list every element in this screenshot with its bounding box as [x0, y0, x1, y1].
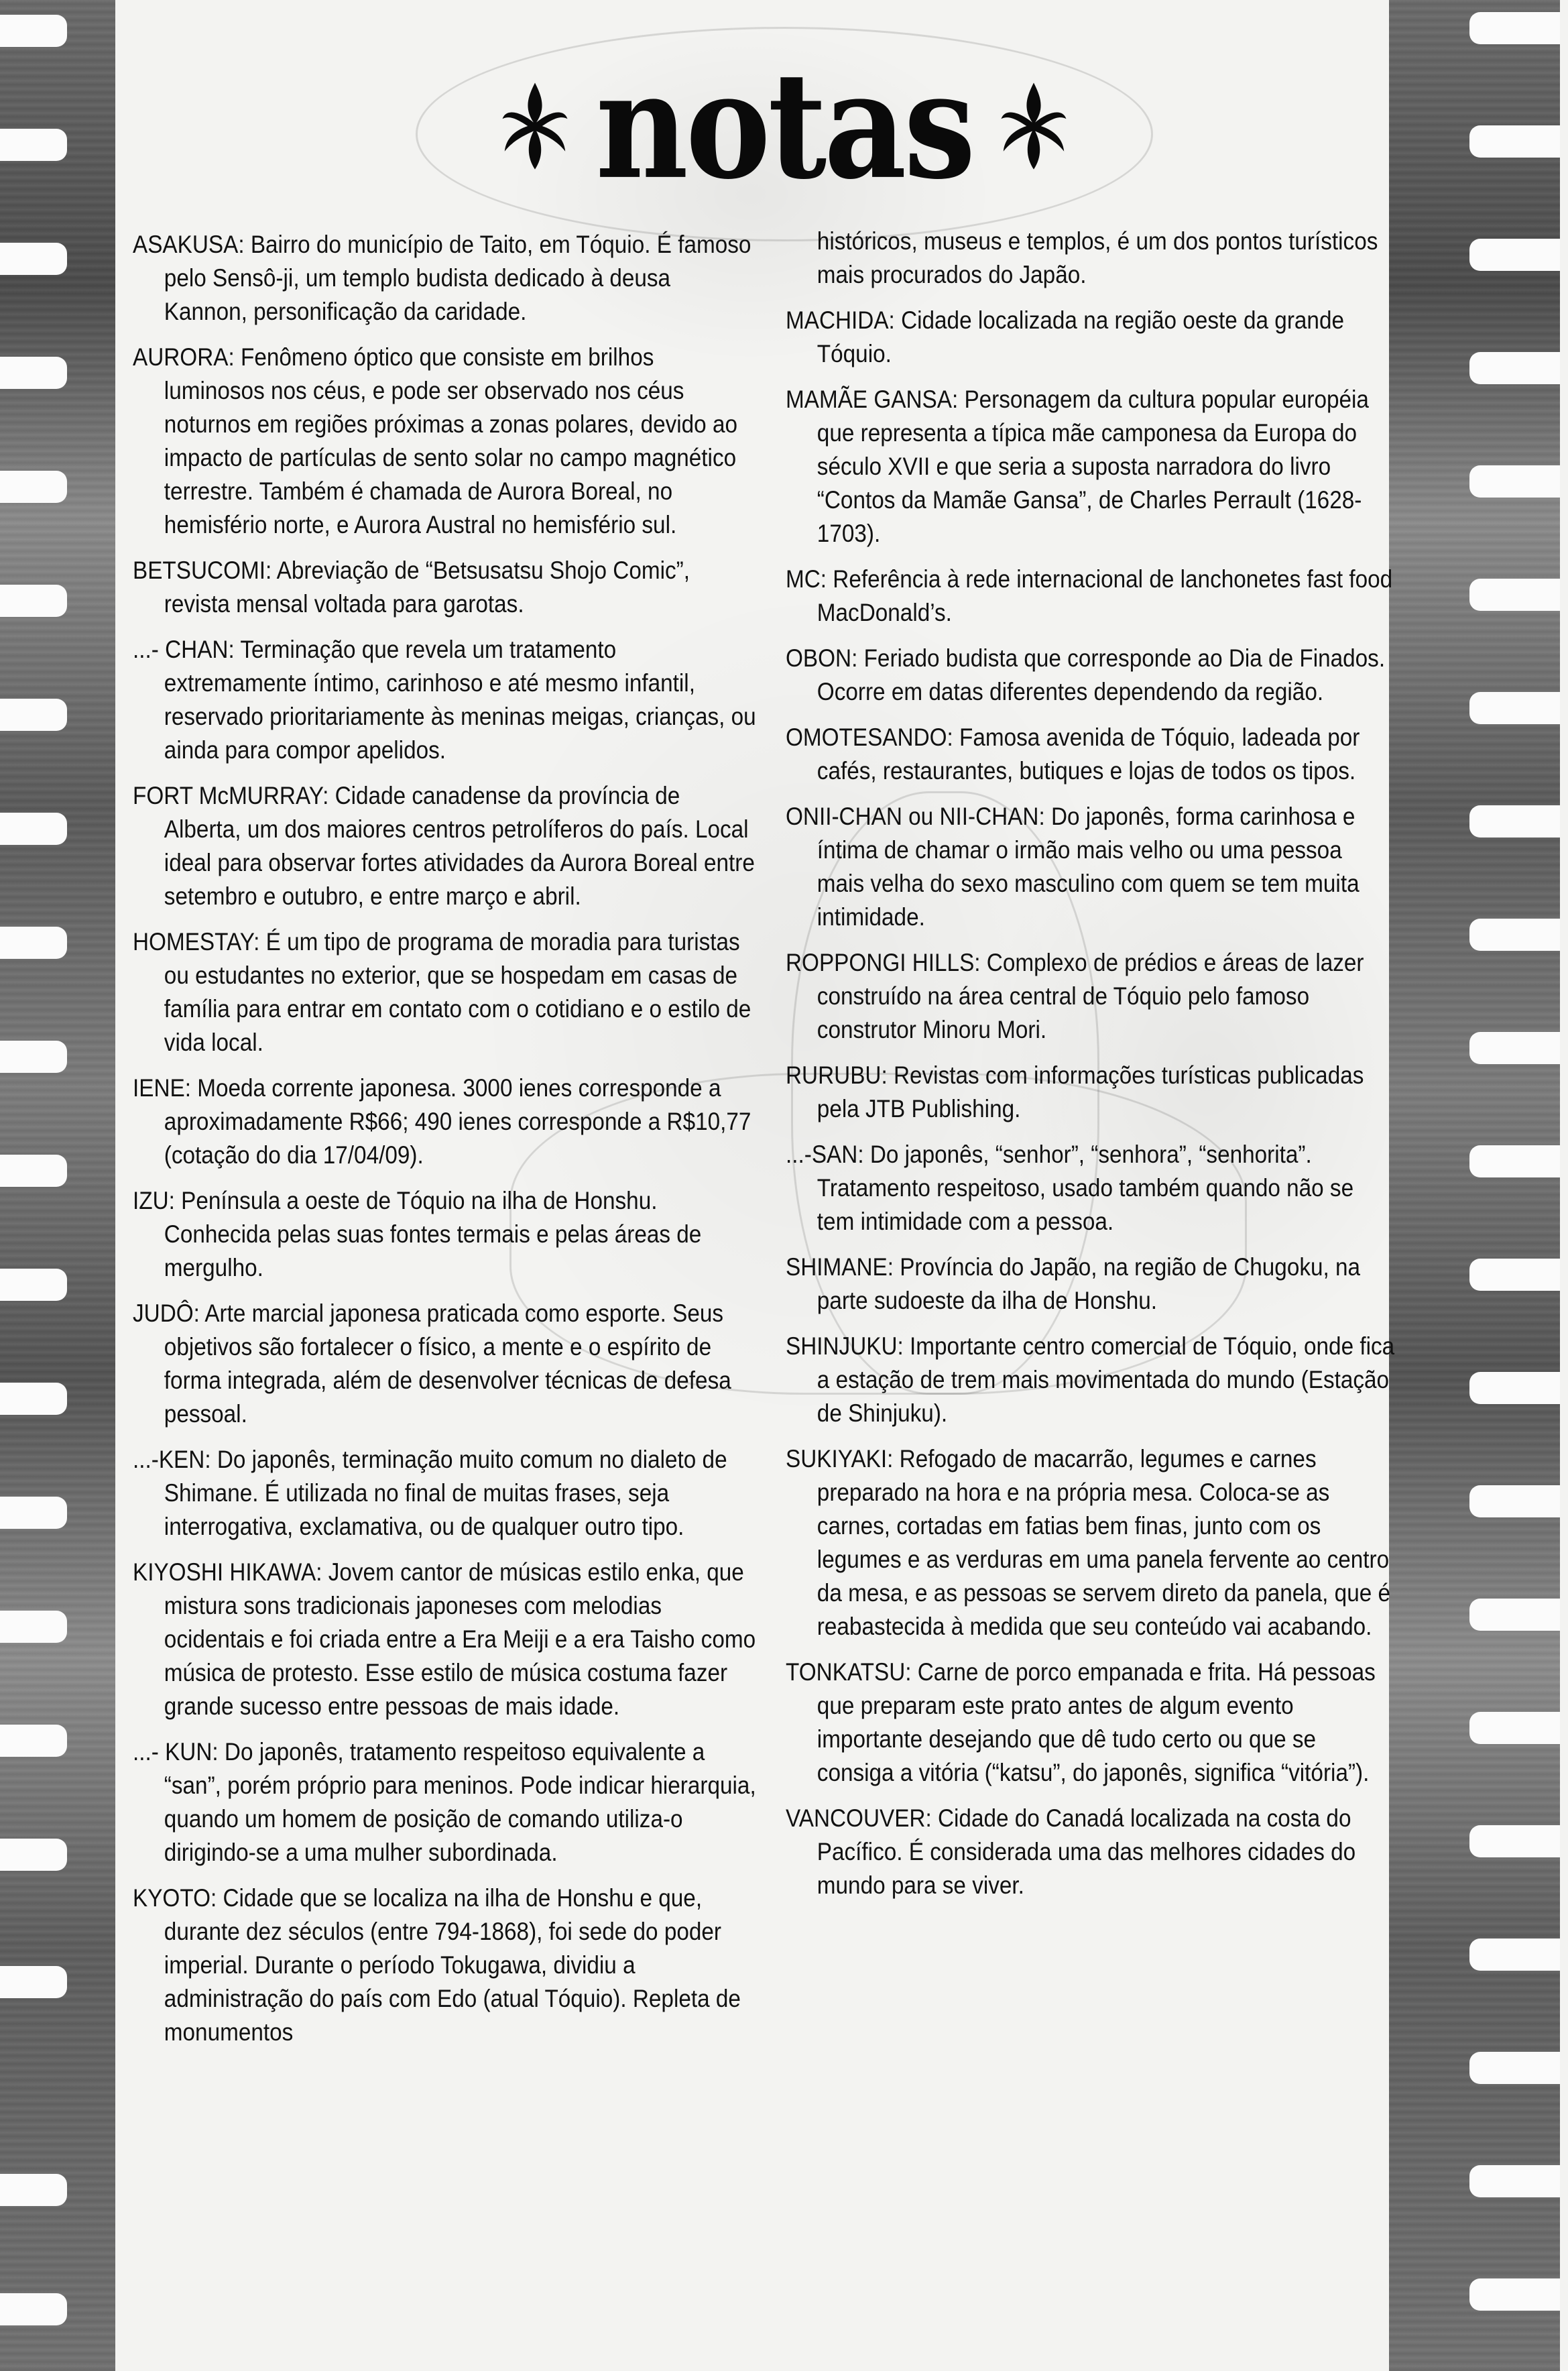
glossary-entry: JUDÔ: Arte marcial japonesa praticada co…	[133, 1297, 758, 1431]
glossary-entry: RURUBU: Revistas com informações turísti…	[786, 1059, 1395, 1126]
sprocket-hole	[0, 1269, 67, 1301]
sprocket-hole	[0, 927, 67, 959]
sprocket-hole	[1469, 1939, 1563, 1971]
glossary-entry: SHIMANE: Província do Japão, na região d…	[786, 1251, 1395, 1318]
entry-term: IENE:	[133, 1074, 191, 1102]
sprocket-hole	[1469, 1712, 1563, 1744]
glossary-entry-continuation: históricos, museus e templos, é um dos p…	[786, 225, 1395, 292]
sprocket-hole	[1469, 125, 1563, 158]
sprocket-hole	[0, 2293, 67, 2325]
entry-definition: históricos, museus e templos, é um dos p…	[817, 227, 1378, 288]
glossary-entry: ONII-CHAN ou NII-CHAN: Do japonês, forma…	[786, 800, 1395, 934]
sprocket-hole	[1469, 2052, 1563, 2084]
sprocket-hole	[0, 585, 67, 617]
sprocket-hole	[0, 1611, 67, 1643]
sprocket-hole	[1469, 1032, 1563, 1064]
sprocket-hole	[1469, 239, 1563, 271]
fleur-ornament-icon	[997, 79, 1071, 173]
entry-definition: Península a oeste de Tóquio na ilha de H…	[164, 1187, 702, 1281]
glossary-entry: ...-KEN: Do japonês, terminação muito co…	[133, 1443, 758, 1544]
entry-term: RURUBU:	[786, 1061, 888, 1089]
glossary-column-left: ASAKUSA: Bairro do município de Taito, e…	[133, 228, 758, 2061]
entry-term: JUDÔ:	[133, 1299, 200, 1327]
glossary-entry: TONKATSU: Carne de porco empanada e frit…	[786, 1656, 1395, 1790]
fleur-ornament-icon	[498, 79, 572, 173]
glossary-entry: KYOTO: Cidade que se localiza na ilha de…	[133, 1882, 758, 2049]
entry-definition: Cidade localizada na região oeste da gra…	[817, 306, 1344, 367]
sprocket-hole	[0, 129, 67, 161]
glossary-entry: IENE: Moeda corrente japonesa. 3000 iene…	[133, 1072, 758, 1172]
sprocket-hole	[0, 357, 67, 389]
entry-term: SHIMANE:	[786, 1253, 894, 1281]
glossary-entry: HOMESTAY: É um tipo de programa de morad…	[133, 925, 758, 1059]
sprocket-hole	[1469, 1599, 1563, 1631]
sprocket-hole	[0, 813, 67, 845]
film-strip-right	[1389, 0, 1568, 2371]
sprocket-hole	[0, 1383, 67, 1415]
entry-term: ONII-CHAN ou NII-CHAN:	[786, 803, 1045, 830]
entry-term: KIYOSHI HIKAWA:	[133, 1558, 322, 1586]
entry-term: ROPPONGI HILLS:	[786, 949, 981, 976]
sprocket-hole	[1469, 805, 1563, 837]
sprocket-hole	[1469, 2165, 1563, 2197]
glossary-entry: VANCOUVER: Cidade do Canadá localizada n…	[786, 1802, 1395, 1902]
sprocket-hole	[1469, 2278, 1563, 2311]
sprocket-hole	[1469, 12, 1563, 44]
entry-definition: Refogado de macarrão, legumes e carnes p…	[817, 1445, 1390, 1640]
glossary-entry: MAMÃE GANSA: Personagem da cultura popul…	[786, 383, 1395, 551]
sprocket-hole	[0, 1966, 67, 1998]
entry-term: ...-KEN:	[133, 1446, 211, 1473]
glossary-entry: BETSUCOMI: Abreviação de “Betsusatsu Sho…	[133, 554, 758, 621]
sprocket-hole	[0, 1497, 67, 1529]
entry-definition: Do japonês, terminação muito comum no di…	[164, 1446, 727, 1540]
glossary-entry: OMOTESANDO: Famosa avenida de Tóquio, la…	[786, 721, 1395, 788]
entry-term: SHINJUKU:	[786, 1332, 904, 1360]
entry-definition: Do japonês, “senhor”, “senhora”, “senhor…	[817, 1141, 1353, 1235]
sprocket-hole	[1469, 465, 1563, 498]
entry-term: OBON:	[786, 644, 857, 672]
entry-term: IZU:	[133, 1187, 175, 1214]
entry-term: ...-SAN:	[786, 1141, 864, 1168]
entry-definition: Revistas com informações turísticas publ…	[817, 1061, 1364, 1122]
entry-definition: Do japonês, tratamento respeitoso equiva…	[164, 1738, 756, 1866]
sprocket-hole	[0, 1041, 67, 1073]
entry-term: HOMESTAY:	[133, 928, 259, 956]
entry-definition: Feriado budista que corresponde ao Dia d…	[817, 644, 1385, 705]
glossary-entry: ...- KUN: Do japonês, tratamento respeit…	[133, 1735, 758, 1869]
sprocket-hole	[1469, 692, 1563, 724]
sprocket-hole	[0, 15, 67, 47]
entry-term: BETSUCOMI:	[133, 557, 272, 584]
glossary-entry: KIYOSHI HIKAWA: Jovem cantor de músicas …	[133, 1556, 758, 1723]
entry-term: VANCOUVER:	[786, 1804, 932, 1832]
sprocket-hole	[1469, 1825, 1563, 1857]
entry-term: MAMÃE GANSA:	[786, 386, 958, 413]
page-title: notas	[596, 53, 973, 200]
sprocket-hole	[0, 1155, 67, 1187]
sprocket-hole	[1469, 579, 1563, 611]
entry-definition: Moeda corrente japonesa. 3000 ienes corr…	[164, 1074, 751, 1169]
sprocket-hole	[1469, 919, 1563, 951]
page-header: notas	[389, 59, 1180, 193]
entry-term: MC:	[786, 565, 827, 593]
sprocket-hole	[1469, 1372, 1563, 1404]
sprocket-hole	[0, 471, 67, 503]
entry-term: OMOTESANDO:	[786, 724, 953, 751]
entry-term: ...- KUN:	[133, 1738, 219, 1766]
sprocket-hole	[1469, 1145, 1563, 1177]
glossary-entry: AURORA: Fenômeno óptico que consiste em …	[133, 341, 758, 542]
glossary-entry: SUKIYAKI: Refogado de macarrão, legumes …	[786, 1442, 1395, 1643]
glossary-entry: ...-SAN: Do japonês, “senhor”, “senhora”…	[786, 1138, 1395, 1238]
entry-term: AURORA:	[133, 343, 235, 371]
sprocket-hole	[1469, 352, 1563, 384]
entry-term: ...- CHAN:	[133, 636, 235, 663]
film-strip-left	[0, 0, 115, 2371]
sprocket-hole	[0, 699, 67, 731]
glossary-entry: MC: Referência à rede internacional de l…	[786, 563, 1395, 630]
glossary-entry: OBON: Feriado budista que corresponde ao…	[786, 642, 1395, 709]
entry-definition: Província do Japão, na região de Chugoku…	[817, 1253, 1360, 1314]
sprocket-hole	[0, 1725, 67, 1757]
entry-definition: Arte marcial japonesa praticada como esp…	[164, 1299, 731, 1428]
sprocket-hole	[0, 1839, 67, 1871]
glossary-entry: SHINJUKU: Importante centro comercial de…	[786, 1330, 1395, 1430]
entry-term: KYOTO:	[133, 1884, 217, 1912]
sprocket-hole	[0, 243, 67, 275]
glossary-entry: ASAKUSA: Bairro do município de Taito, e…	[133, 228, 758, 329]
entry-definition: Cidade que se localiza na ilha de Honshu…	[164, 1884, 741, 2046]
entry-definition: Bairro do município de Taito, em Tóquio.…	[164, 231, 751, 325]
entry-definition: Fenômeno óptico que consiste em brilhos …	[164, 343, 737, 538]
glossary-entry: IZU: Península a oeste de Tóquio na ilha…	[133, 1184, 758, 1285]
sprocket-hole	[1469, 1259, 1563, 1291]
entry-term: TONKATSU:	[786, 1658, 911, 1686]
sprocket-hole	[0, 2174, 67, 2206]
entry-definition: Terminação que revela um tratamento extr…	[164, 636, 756, 764]
entry-term: FORT McMURRAY:	[133, 782, 328, 809]
entry-term: SUKIYAKI:	[786, 1445, 893, 1472]
glossary-entry: FORT McMURRAY: Cidade canadense da proví…	[133, 779, 758, 913]
sprocket-hole	[1469, 1485, 1563, 1517]
entry-term: ASAKUSA:	[133, 231, 245, 258]
glossary-column-right: históricos, museus e templos, é um dos p…	[786, 225, 1395, 1914]
entry-definition: Referência à rede internacional de lanch…	[817, 565, 1392, 626]
entry-term: MACHIDA:	[786, 306, 895, 334]
glossary-entry: ROPPONGI HILLS: Complexo de prédios e ár…	[786, 946, 1395, 1047]
glossary-page: notas ASAKUSA: Bairro do município de Ta…	[0, 0, 1568, 2371]
entry-definition: Importante centro comercial de Tóquio, o…	[817, 1332, 1394, 1427]
glossary-entry: ...- CHAN: Terminação que revela um trat…	[133, 633, 758, 767]
glossary-entry: MACHIDA: Cidade localizada na região oes…	[786, 304, 1395, 371]
